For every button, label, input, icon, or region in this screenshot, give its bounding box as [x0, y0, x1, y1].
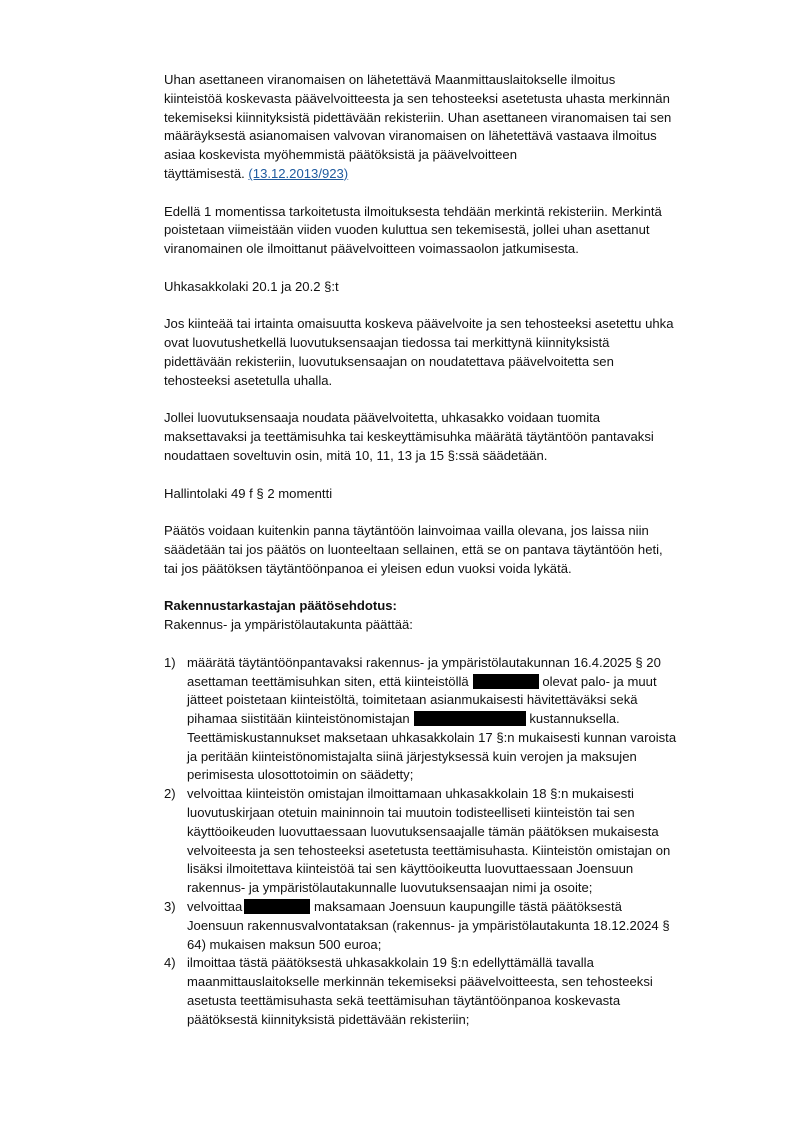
redacted-property-id [473, 674, 539, 689]
item-number: 2) [164, 785, 176, 804]
paragraph-transfer: Jos kiinteää tai irtainta omaisuutta kos… [164, 315, 739, 390]
item-number: 3) [164, 898, 176, 917]
decision-list: 1) määrätä täytäntöönpantavaksi rakennus… [164, 654, 739, 1030]
redacted-owner-name [414, 711, 526, 726]
paragraph-enforcement: Päätös voidaan kuitenkin panna täytäntöö… [164, 522, 739, 578]
statute-reference-link[interactable]: (13.12.2013/923) [248, 166, 348, 181]
section-ref-uhkasakkolaki: Uhkasakkolaki 20.1 ja 20.2 §:t [164, 278, 739, 297]
document-page: Uhan asettaneen viranomaisen on lähetett… [164, 71, 739, 1030]
paragraph-register-entry: Edellä 1 momentissa tarkoitetusta ilmoit… [164, 203, 739, 259]
paragraph-notification: Uhan asettaneen viranomaisen on lähetett… [164, 71, 739, 184]
decision-item-3: 3) velvoittaa maksamaan Joensuun kaupung… [164, 898, 739, 954]
item-number: 4) [164, 954, 176, 973]
proposal-heading: Rakennustarkastajan päätösehdotus: [164, 597, 739, 616]
section-ref-hallintolaki: Hallintolaki 49 f § 2 momentti [164, 485, 739, 504]
redacted-party-name [244, 899, 310, 914]
decision-item-4: 4) ilmoittaa tästä päätöksestä uhkasakko… [164, 954, 739, 1029]
proposal-intro: Rakennus- ja ympäristölautakunta päättää… [164, 616, 739, 635]
decision-item-2: 2) velvoittaa kiinteistön omistajan ilmo… [164, 785, 739, 898]
paragraph-non-compliance: Jollei luovutuksensaaja noudata päävelvo… [164, 409, 739, 465]
item-number: 1) [164, 654, 176, 673]
decision-item-1: 1) määrätä täytäntöönpantavaksi rakennus… [164, 654, 739, 786]
